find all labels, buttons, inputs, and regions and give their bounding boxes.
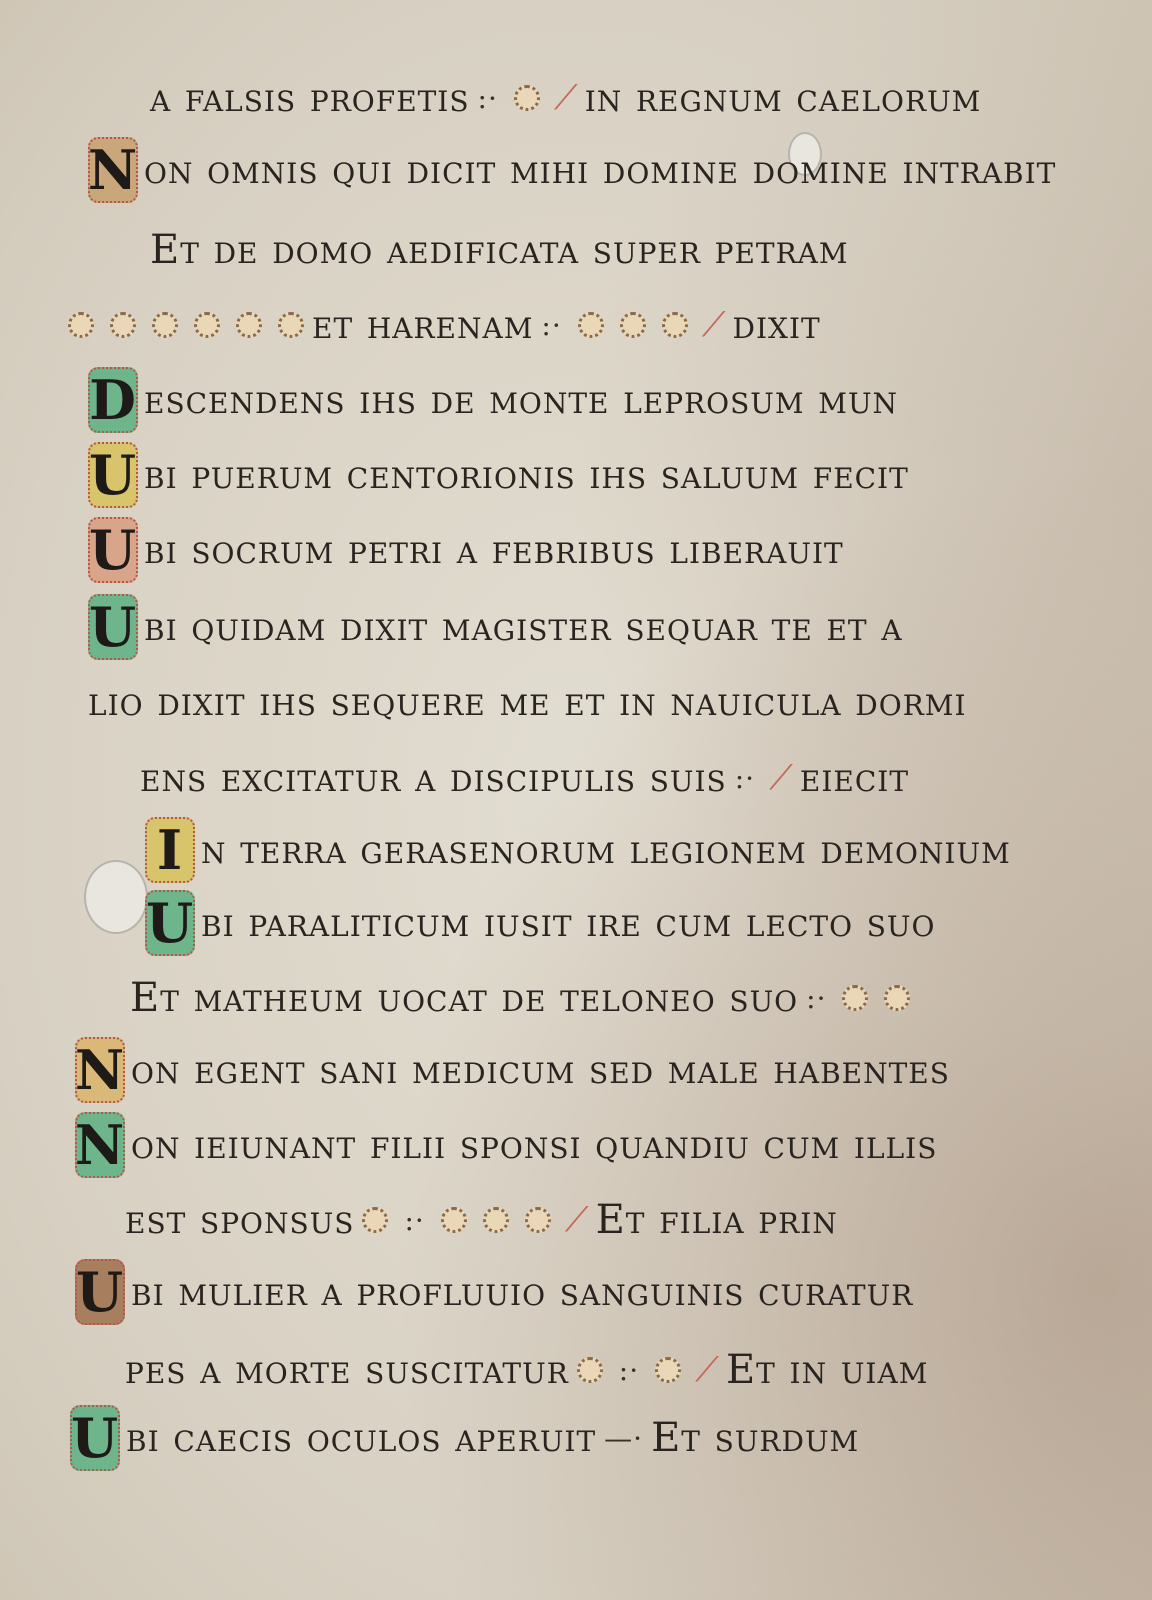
decorated-initial: U bbox=[88, 594, 138, 660]
decorated-initial: U bbox=[75, 1259, 125, 1325]
manuscript-line-17: U bi mulier a profluuio sanguinis curatu… bbox=[75, 1262, 913, 1322]
punctuation-dots: :· bbox=[806, 982, 826, 1015]
manuscript-line-3: Et de domo aedificata super petram bbox=[150, 220, 849, 280]
line-text: on egent sani medicum sed male habentes bbox=[131, 1047, 950, 1093]
parchment-hole bbox=[84, 860, 148, 934]
rosette-icon bbox=[483, 1207, 509, 1233]
manuscript-line-9: lio dixit ihs sequere me et in nauicula … bbox=[88, 672, 967, 732]
decorated-initial: U bbox=[88, 442, 138, 508]
manuscript-line-11: I n terra gerasenorum legionem demonium bbox=[145, 820, 1011, 880]
decorated-initial: U bbox=[145, 890, 195, 956]
line-text: on ieiunant filii sponsi quandiu cum ill… bbox=[131, 1122, 937, 1168]
rosette-icon bbox=[362, 1207, 388, 1233]
manuscript-line-12: U bi paraliticum iusit ire cum lecto suo bbox=[145, 893, 935, 953]
rosette-icon bbox=[110, 312, 136, 338]
line-text: Et matheum uocat de teloneo suo bbox=[130, 975, 798, 1021]
line-text: bi quidam dixit magister sequar te et a bbox=[144, 604, 903, 650]
punctuation-dots: :· bbox=[735, 762, 755, 795]
flourish-icon: ⟋ bbox=[565, 1200, 590, 1240]
rosette-icon bbox=[194, 312, 220, 338]
decorated-initial: N bbox=[75, 1112, 125, 1178]
line-text: est sponsus bbox=[125, 1197, 354, 1243]
line-text: bi caecis oculos aperuit bbox=[126, 1415, 596, 1461]
rosette-icon bbox=[655, 1357, 681, 1383]
rosette-icon bbox=[441, 1207, 467, 1233]
manuscript-line-16: est sponsus :· ⟋ Et filia prin bbox=[125, 1190, 838, 1250]
manuscript-line-4: et harenam :· ⟋ dixit bbox=[60, 295, 821, 355]
rosette-icon bbox=[578, 312, 604, 338]
decorated-initial: N bbox=[75, 1037, 125, 1103]
punctuation-dots: :· bbox=[619, 1354, 639, 1387]
line-continuation: eiecit bbox=[800, 755, 909, 801]
punctuation-dots: :· bbox=[541, 309, 561, 342]
line-continuation: dixit bbox=[733, 302, 821, 348]
rosette-icon bbox=[577, 1357, 603, 1383]
decorated-initial: U bbox=[70, 1405, 120, 1471]
manuscript-line-1: a falsis profetis :· ⟋ in regnum caeloru… bbox=[150, 68, 981, 128]
decorated-initial: D bbox=[88, 367, 138, 433]
flourish-icon: ⟋ bbox=[554, 78, 579, 118]
line-text: bi socrum petri a febribus liberauit bbox=[144, 527, 844, 573]
manuscript-line-13: Et matheum uocat de teloneo suo :· bbox=[130, 968, 918, 1028]
manuscript-line-19: U bi caecis oculos aperuit —· Et surdum bbox=[70, 1408, 859, 1468]
manuscript-line-10: ens excitatur a discipulis suis :· ⟋ eie… bbox=[140, 748, 909, 808]
manuscript-line-2: N on omnis qui dicit mihi domine domine … bbox=[88, 140, 1056, 200]
flourish-icon: ⟋ bbox=[769, 758, 794, 798]
punctuation-dots: —· bbox=[604, 1422, 643, 1455]
line-text: bi puerum centorionis ihs saluum fecit bbox=[144, 452, 909, 498]
flourish-icon: ⟋ bbox=[702, 305, 727, 345]
rosette-icon bbox=[525, 1207, 551, 1233]
line-continuation: in regnum caelorum bbox=[585, 75, 982, 121]
punctuation-dots: :· bbox=[404, 1204, 424, 1237]
manuscript-line-14: N on egent sani medicum sed male habente… bbox=[75, 1040, 950, 1100]
line-text: et harenam bbox=[312, 302, 533, 348]
decorated-initial: I bbox=[145, 817, 195, 883]
rosette-icon bbox=[68, 312, 94, 338]
line-continuation: Et in uiam bbox=[726, 1347, 928, 1393]
manuscript-line-8: U bi quidam dixit magister sequar te et … bbox=[88, 597, 903, 657]
line-text: escendens ihs de monte leprosum mun bbox=[144, 377, 898, 423]
manuscript-folio: a falsis profetis :· ⟋ in regnum caeloru… bbox=[0, 0, 1152, 1600]
decorated-initial: U bbox=[88, 517, 138, 583]
line-text: bi paraliticum iusit ire cum lecto suo bbox=[201, 900, 935, 946]
rosette-icon bbox=[236, 312, 262, 338]
rosette-icon bbox=[620, 312, 646, 338]
manuscript-line-6: U bi puerum centorionis ihs saluum fecit bbox=[88, 445, 909, 505]
line-text: a falsis profetis bbox=[150, 75, 470, 121]
flourish-icon: ⟋ bbox=[695, 1350, 720, 1390]
decorated-initial: N bbox=[88, 137, 138, 203]
line-continuation: Et surdum bbox=[651, 1415, 859, 1461]
line-text: bi mulier a profluuio sanguinis curatur bbox=[131, 1269, 913, 1315]
line-text: pes a morte suscitatur bbox=[125, 1347, 569, 1393]
line-text: on omnis qui dicit mihi domine domine in… bbox=[144, 147, 1056, 193]
manuscript-line-7: U bi socrum petri a febribus liberauit bbox=[88, 520, 844, 580]
manuscript-line-18: pes a morte suscitatur :· ⟋ Et in uiam bbox=[125, 1340, 928, 1400]
line-text: n terra gerasenorum legionem demonium bbox=[201, 827, 1011, 873]
line-continuation: Et filia prin bbox=[596, 1197, 838, 1243]
rosette-icon bbox=[842, 985, 868, 1011]
line-text: ens excitatur a discipulis suis bbox=[140, 755, 727, 801]
rosette-icon bbox=[152, 312, 178, 338]
line-text: lio dixit ihs sequere me et in nauicula … bbox=[88, 679, 967, 725]
rosette-icon bbox=[278, 312, 304, 338]
manuscript-line-15: N on ieiunant filii sponsi quandiu cum i… bbox=[75, 1115, 937, 1175]
rosette-icon bbox=[662, 312, 688, 338]
rosette-icon bbox=[514, 85, 540, 111]
rosette-icon bbox=[884, 985, 910, 1011]
manuscript-line-5: D escendens ihs de monte leprosum mun bbox=[88, 370, 898, 430]
punctuation-dots: :· bbox=[478, 82, 498, 115]
line-text: Et de domo aedificata super petram bbox=[150, 227, 849, 273]
